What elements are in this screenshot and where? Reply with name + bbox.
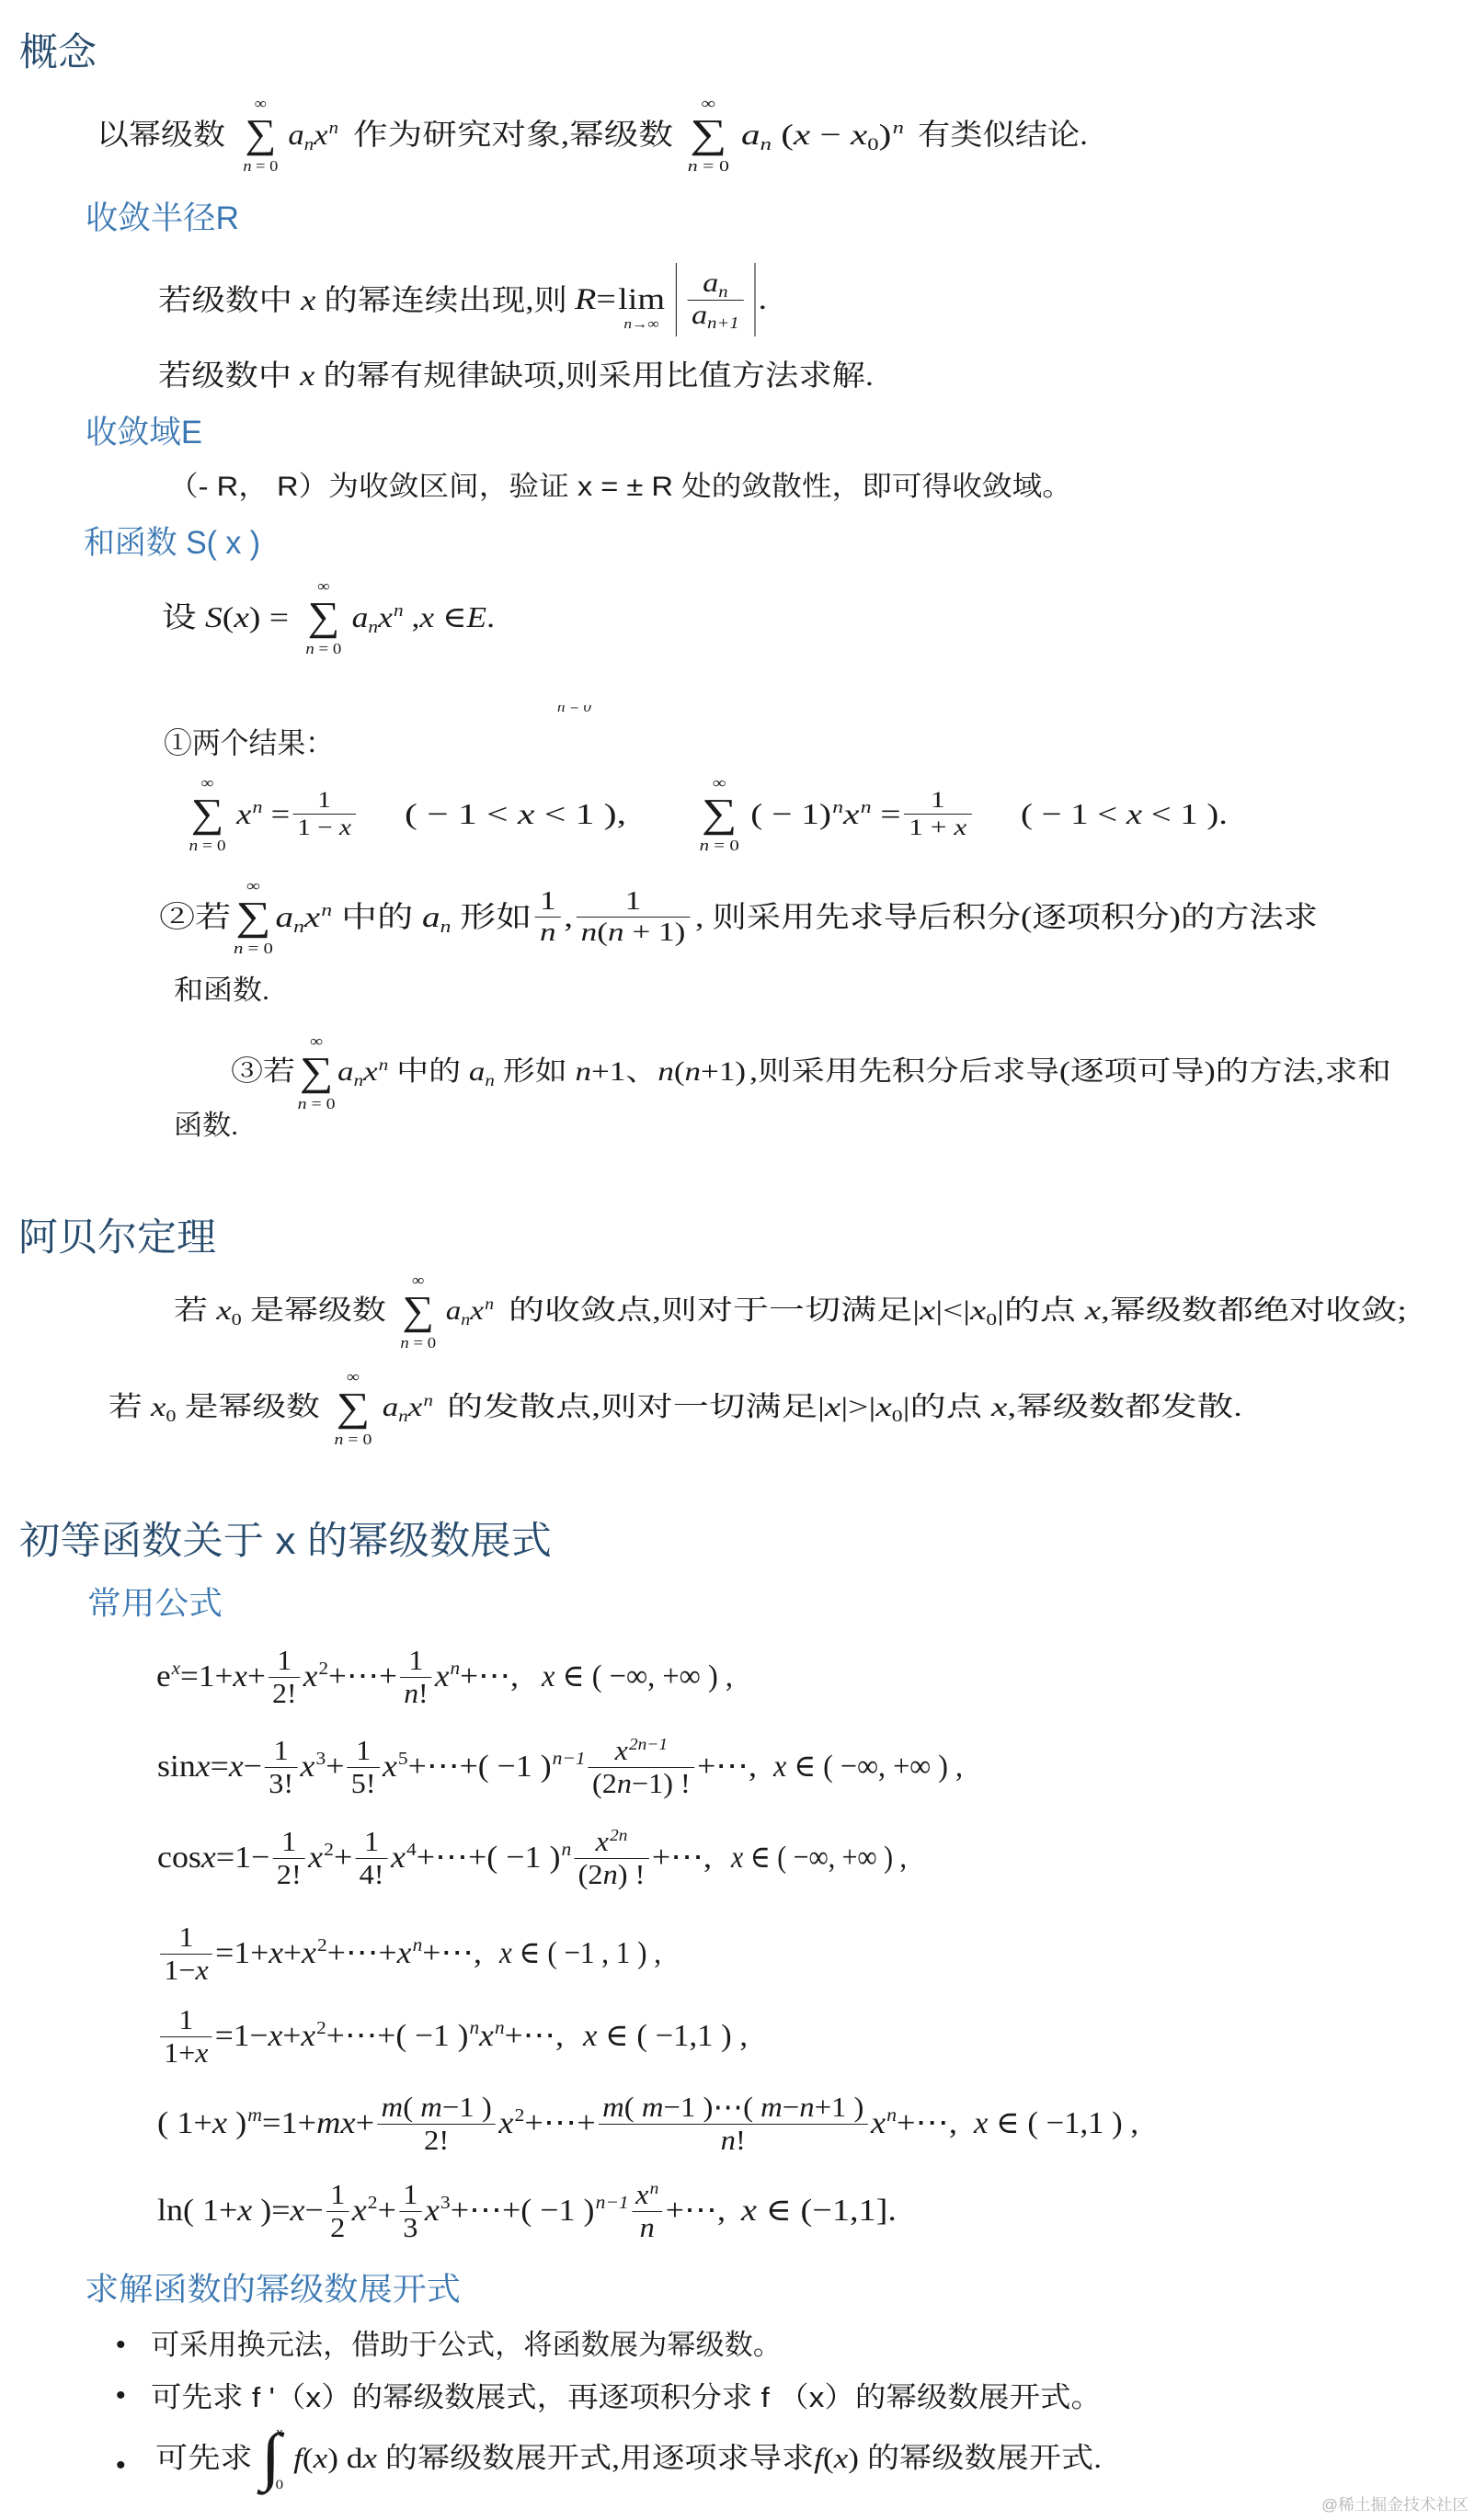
index-n: n [298,1095,307,1112]
text-group: 若级数中 x 的幂有规律缺项,则采用比值方法求解. [158,360,874,390]
bullet-icon: • [116,2377,126,2414]
var-x: x [1126,797,1142,830]
sub-0: 0 [166,1407,176,1425]
domain-group: x ∈ ( −1,1 ) , [583,2021,748,2052]
summation: ∞∑n = 0 [191,793,224,834]
text: 1− [164,1955,195,1986]
numerator: an [687,268,743,300]
var-R: R [575,283,596,316]
open-paren: ( [823,2442,834,2474]
term: x2+ [308,1842,352,1874]
formula-exp: ex=1+x+12!x2+⋯+1n!xn+⋯, [156,1659,519,1695]
minus: − [783,2092,799,2123]
sub-0: 0 [892,1407,903,1425]
var-x: x [201,1841,216,1875]
sup-n: n [470,2018,480,2038]
text: 是幂级数 [176,1392,320,1422]
var-x: x [269,1936,283,1970]
sup-n: n [329,119,338,138]
denominator: 1 + x [904,815,971,841]
lim-subscript: n→∞ [623,318,658,332]
text: 若 [174,1295,216,1326]
formula-alternating-geometric: 11+x=1−x+x2+⋯+( −1 )nxn+⋯, [157,2018,564,2055]
text: 是幂级数 [242,1295,386,1326]
numerator: 1 [904,787,971,815]
text: 设 [162,600,205,633]
var-x: x [195,2037,208,2069]
index-start: = 0 [698,157,729,175]
text-group: 若级数中 x 的幂连续出现,则 [158,285,567,314]
text: |<| [935,1295,970,1326]
var-x: x [397,1936,412,1970]
sum-lower-limit: n = 0 [334,1431,372,1447]
method-item-integrate: 可先求 f '（x）的幂级数展式，再逐项积分求 f （x）的幂级数展开式。 [151,2378,1102,2415]
numerator: 1 [265,1735,297,1767]
var-m: m [642,2092,664,2123]
interval-group: ( − 1 < x < 1 ). [1021,799,1228,828]
sub-0: 0 [232,1310,242,1328]
abel-line1-tail: 的收敛点,则对于一切满足|x|<|x0|的点 x,幂级数都绝对收敛; [509,1293,1407,1329]
fraction: 13 [399,2179,422,2243]
text: 若 [109,1392,151,1422]
denominator: 1 − x [293,815,356,841]
var-x: x [303,1659,318,1693]
fraction: 1n [535,886,560,947]
var-x: x [196,1750,211,1784]
text: 中的 [341,902,413,931]
sup-4: 4 [406,1840,417,1860]
var-n: n [721,2125,736,2156]
text: ( [403,2092,420,2123]
var-m: m [602,2092,624,2123]
var-x: x [391,1841,406,1875]
text: +1 ) [815,2092,864,2123]
text: ∈ ( −∞, +∞ ) , [743,1841,907,1875]
sup-n: n [561,1840,571,1860]
var-x: x [233,1659,247,1693]
var-n: n [608,918,624,947]
text: +⋯, [697,1751,757,1783]
coef-a: a [446,1295,462,1326]
func-f: f [293,2442,303,2474]
coef-a: a [337,1056,354,1087]
text: ∈ ( −1,1 ) , [597,2019,748,2053]
sub-0: 0 [986,1310,997,1328]
plus: + [334,1841,352,1875]
text: (2 [578,1859,603,1890]
term: x3+⋯+( −1 )n−1 [425,2195,629,2227]
index-start: = 0 [252,157,279,175]
text: 的收敛点,则对于一切满足| [509,1295,920,1326]
text: +⋯, [897,2106,957,2140]
sub-n: n [293,918,304,937]
sum-upper-limit-infinity: ∞ [255,96,267,111]
index-start: = 0 [409,1334,436,1351]
domain-group: x ∈ (−1,1]. [741,2195,897,2227]
text: ( − 1) [750,797,831,830]
sup-n: n [451,1659,461,1679]
var-x: x [851,118,867,151]
coef-a: a [352,600,369,633]
formula-log-domain: x ∈ (−1,1]. [741,2193,897,2229]
var-x: x [635,2179,648,2210]
radius-formula: R=limn→∞anan+1. [575,281,767,318]
plus: + [283,1936,302,1970]
var-x: x [920,1295,935,1326]
text: =1+ [215,1936,269,1970]
lhs: cosx=1− [157,1842,269,1874]
sup-2: 2 [317,1935,327,1956]
numerator: x2n−1 [589,1735,694,1767]
var-x: x [419,600,434,633]
text: |>| [840,1392,875,1422]
bullet-dot-icon: • [116,2452,126,2480]
fraction: 1n(n + 1) [577,886,691,947]
sup-2n-minus-1: 2n−1 [629,1735,668,1753]
case3-formula: ③若∞∑n = 0anxn中的an形如n+1、n(n+1) [231,1054,746,1090]
case3-continuation: 函数. [174,1108,238,1145]
var-x: x [825,1392,840,1422]
numerator: 1 [535,886,560,917]
series-term: an (x − x0)n [741,120,904,149]
text: +⋯+ [524,2106,595,2140]
denominator: 3! [265,1768,297,1799]
var-x: x [151,1392,166,1422]
series-term: anxn [337,1058,388,1086]
text: −1 ) [442,2092,492,2123]
minus: − [304,2194,323,2228]
radius-line2: 若级数中 x 的幂有规律缺项,则采用比值方法求解. [158,357,874,393]
formula-alternating-geometric-domain: x ∈ ( −1,1 ) , [583,2018,748,2055]
integral: x∫0 [261,2425,281,2490]
coef-group: an [469,1058,495,1086]
heading-concept: 概念 [19,30,97,74]
text: −1) ! [632,1768,691,1799]
sub-n: n [440,918,452,937]
index-n: n [234,940,243,957]
var-x: x [362,2442,377,2474]
sum-lower-limit: n = 0 [298,1096,336,1112]
sup-n: n [423,1391,433,1409]
coef-a: a [469,1056,486,1087]
summation: ∞∑n = 0 [702,793,737,834]
coef-a: a [422,900,440,933]
text: +⋯, [505,2019,564,2053]
sup-5: 5 [398,1749,408,1769]
abel-line2-series: ∞∑n = 0anxn [332,1389,433,1426]
var-n: n [540,918,556,947]
plus: + [326,1750,344,1784]
text: =1− [215,2019,269,2053]
numerator: 1 [326,2179,349,2211]
plus: + [282,2019,301,2053]
lhs: ln( 1+x )=x− [157,2195,324,2227]
var-n: n [617,1768,632,1799]
text: ③若 [231,1058,295,1086]
sub-n-plus-1: n+1 [707,314,739,332]
text: 和函数. [174,977,269,1005]
sup-3: 3 [440,2193,451,2213]
lhs: sinx=x− [157,1751,262,1783]
text: 中的 [396,1058,461,1086]
lim-text: lim [618,283,665,316]
var-m: m [316,2106,340,2140]
sup-n: n [321,901,332,920]
open-paren: ( [223,600,234,633]
text: ,幂级数都绝对收敛; [1101,1295,1407,1326]
summation: ∞∑n = 0 [690,114,726,154]
lhs: ex=1+x+ [156,1661,266,1693]
formula-cos: cosx=1−12!x2+14!x4+⋯+( −1 )nx2n(2n) !+⋯, [157,1840,712,1876]
case2-text: , 则采用先求导后积分(逐项积分)的方法求 [695,898,1318,935]
sub-n: n [354,1071,364,1089]
denominator: n! [400,1678,432,1709]
heading-solving-methods: 求解函数的幂级数展开式 [85,2271,461,2308]
denominator: 2! [273,1859,305,1890]
sum-upper-limit-infinity: ∞ [317,578,329,594]
text-group: 的收敛点,则对于一切满足|x|<|x0|的点 x,幂级数都绝对收敛; [509,1297,1407,1325]
text: +⋯+( −1 ) [451,2194,595,2228]
factorial: ! [736,2125,746,2156]
denominator: 2 [326,2212,349,2243]
comma: , [564,902,573,931]
text: 可先求 f '（x）的幂级数展式，再逐项积分求 f （x）的幂级数展开式。 [151,2383,1102,2412]
coef-a: a [741,118,760,151]
series-term: anxn [446,1297,494,1325]
radius-lhs: R= [575,285,616,315]
text: ∈ (−1,1]. [757,2194,897,2228]
text: +⋯, [652,1842,712,1874]
sup-n: n [379,1055,389,1074]
index-n: n [400,1334,408,1351]
var-x: x [383,1750,397,1784]
plus: + [378,2194,396,2228]
sup-n: n [650,2179,659,2197]
comma: , [404,600,420,633]
element-of: ∈ [434,600,466,633]
sub-n: n [760,135,772,154]
sup-2: 2 [316,2018,326,2038]
sum-lower-limit: n = 0 [234,941,273,956]
formula-geometric-domain: x ∈ ( −1 , 1 ) , [499,1935,661,1972]
index-start: = 0 [343,1431,372,1448]
text: ②若 [159,902,231,931]
text: 的幂级数展开式,用逐项求导求 [377,2442,814,2474]
var-x: x [363,1056,378,1087]
sum-upper-limit-infinity: ∞ [702,96,716,111]
text: +⋯+( −1 ) [326,2019,469,2053]
heading-abel-theorem: 阿贝尔定理 [18,1215,216,1260]
integral-lower-limit: 0 [276,2479,284,2492]
series-term: anxn [275,902,332,931]
domain-group: x ∈ ( −∞, +∞ ) , [542,1661,733,1693]
fraction: 11 − x [293,787,356,840]
var-x: x [499,1936,512,1970]
var-n: n [404,1678,418,1709]
sigma-symbol: ∑ [300,1049,334,1094]
var-x: x [470,1295,484,1326]
var-m: m [382,2092,404,2123]
result2-formula: ∞∑n = 0( − 1)nxn=11 + x [697,795,975,832]
sum-lower-limit: n = 0 [700,838,739,853]
result2-interval: ( − 1 < x < 1 ). [1021,795,1228,832]
var-x: x [425,2194,440,2228]
sup-n: n [832,798,843,817]
sum-upper-limit-infinity: ∞ [201,775,214,791]
minus-sign: − [810,118,851,151]
numerator: 1 [293,787,356,815]
var-x: x [773,1750,786,1784]
var-x: x [875,1392,891,1422]
denominator: (2n−1) ! [589,1768,694,1799]
var-x: x [435,1659,450,1693]
var-x: x [498,2106,513,2140]
series-term: anxn [383,1394,433,1421]
text: +⋯, [460,1659,519,1693]
formula-geometric: 11−x=1+x+x2+⋯+xn+⋯, [157,1935,482,1972]
numerator: x2n [574,1826,648,1858]
text: 1 + [909,814,954,840]
text: =1− [216,1841,270,1875]
index-start: = 0 [306,1095,335,1112]
equals-sign: = [271,799,291,828]
var-x: x [301,2019,315,2053]
text: 的发散点,则对一切满足| [447,1392,825,1422]
summation: ∞∑n = 0 [337,1387,371,1428]
fraction: 1n! [400,1645,432,1709]
text: (2 [592,1768,617,1799]
fraction: xnn [632,2179,663,2243]
denominator: 2! [269,1678,301,1709]
sigma-symbol: ∑ [307,594,339,639]
var-x: x [339,814,351,840]
domain-group: x ∈ ( −1 , 1 ) , [499,1938,661,1969]
var-x: x [216,1295,231,1326]
denominator: 3 [399,2212,422,2243]
text: ) [227,2106,246,2140]
var-x: x [308,1841,323,1875]
numerator: 1 [400,1645,432,1677]
text: 若级数中 [158,359,300,392]
text: ∈ ( −1,1 ) , [988,2106,1138,2140]
var-x: x [301,283,315,316]
text: ln( 1+ [157,2194,237,2228]
minus: − [244,1750,262,1784]
var-x: x [408,1392,423,1422]
coef-a: a [383,1392,399,1422]
abel-line1-lead: 若 x0 是幂级数 [174,1293,386,1329]
sum-lower-limit: n = 0 [400,1335,436,1351]
sum-upper-limit-infinity: ∞ [713,775,726,791]
term: x2+⋯+ [303,1661,397,1693]
fraction: x2n(2n) ! [574,1826,648,1890]
var-x: x [479,2019,494,2053]
open-paren: ( [597,918,608,947]
coef-a: a [692,301,707,330]
summation: ∞∑n = 0 [235,896,270,937]
sup-n: n [413,1935,423,1956]
form-group: n+1、n(n+1) [576,1058,746,1086]
sigma-symbol: ∑ [191,791,224,836]
heading-elementary-expansions: 初等函数关于 x 的幂级数展式 [19,1519,552,1563]
text: +⋯+ [327,1936,397,1970]
sumfn-definition-rhs: ∞∑n = 0anxn ,x ∈E. [303,599,495,635]
text: 1 − [297,814,339,840]
text: |的点 [903,1392,991,1422]
var-x: x [301,1750,315,1784]
text: =1+ [180,1659,233,1693]
case3-text: ,则采用先积分后求导(逐项可导)的方法,求和 [749,1054,1391,1090]
sum-upper-limit-infinity: ∞ [246,878,260,894]
var-x: x [378,600,393,633]
denominator: 2! [377,2125,496,2156]
sub-n: n [461,1310,470,1328]
denominator: n! [599,2125,868,2156]
sup-n: n [886,2105,897,2126]
sum-lower-limit: n = 0 [688,158,729,174]
equals-sign: = [211,1750,229,1784]
numerator: 1 [399,2179,422,2211]
text: 的幂有规律缺项,则采用比值方法求解. [314,359,874,392]
denominator: 1−x [160,1955,212,1986]
fraction: 14! [355,1826,387,1890]
case2-formula: ②若∞∑n = 0anxn中的an形如1n,1n(n + 1) [159,898,693,935]
sum-upper-limit-infinity: ∞ [412,1272,424,1288]
const-e: e [156,1659,171,1693]
sup-2: 2 [368,2193,378,2213]
term: xn+⋯, [871,2108,957,2139]
domain-group: x ∈ ( −∞, +∞ ) , [773,1751,963,1783]
sup-n-minus-1: n−1 [553,1749,586,1769]
concept-line-lead: 以幂级数 [97,116,225,153]
text: 可先求 [155,2444,253,2472]
text-group: 若 x0 是幂级数 [109,1394,320,1421]
denominator: 1+x [160,2037,212,2069]
text-group: f(x) dx 的幂级数展开式,用逐项求导求f(x) 的幂级数展开式. [293,2444,1102,2472]
clipped-label-text: n = 0 [557,705,591,714]
open-paren: ( [772,118,794,151]
plus: + [247,1659,266,1693]
var-x: x [269,2019,283,2053]
text: +⋯+ [328,1659,397,1693]
numerator: xn [632,2179,663,2211]
open-paren: ( [303,2442,314,2474]
fraction: m( m−1 )⋯( m−n+1 )n! [599,2092,868,2156]
var-x: x [290,2194,304,2228]
case2-continuation: 和函数. [174,973,269,1009]
term: x5+⋯+( −1 )n−1 [383,1751,586,1783]
close-paren: ) [879,118,892,151]
var-n: n [581,918,598,947]
bullet-icon: • [116,2327,126,2364]
term: x2+⋯+ [498,2108,595,2139]
sup-n: n [485,1294,494,1313]
fraction: 12! [273,1826,305,1890]
var-x: x [542,1659,555,1693]
term: xn+⋯, [435,1661,519,1693]
index-start: = 0 [314,640,342,657]
fraction: 11 + x [904,787,971,840]
sigma-symbol: ∑ [690,111,726,156]
denominator: 5! [348,1768,380,1799]
abel-line1-series: ∞∑n = 0anxn [398,1293,494,1329]
var-x: x [314,118,327,151]
var-x: x [871,2106,886,2140]
sigma-symbol: ∑ [337,1385,371,1430]
text: 1+ [164,2037,195,2069]
var-x: x [731,1841,743,1875]
var-x: x [352,2194,367,2228]
